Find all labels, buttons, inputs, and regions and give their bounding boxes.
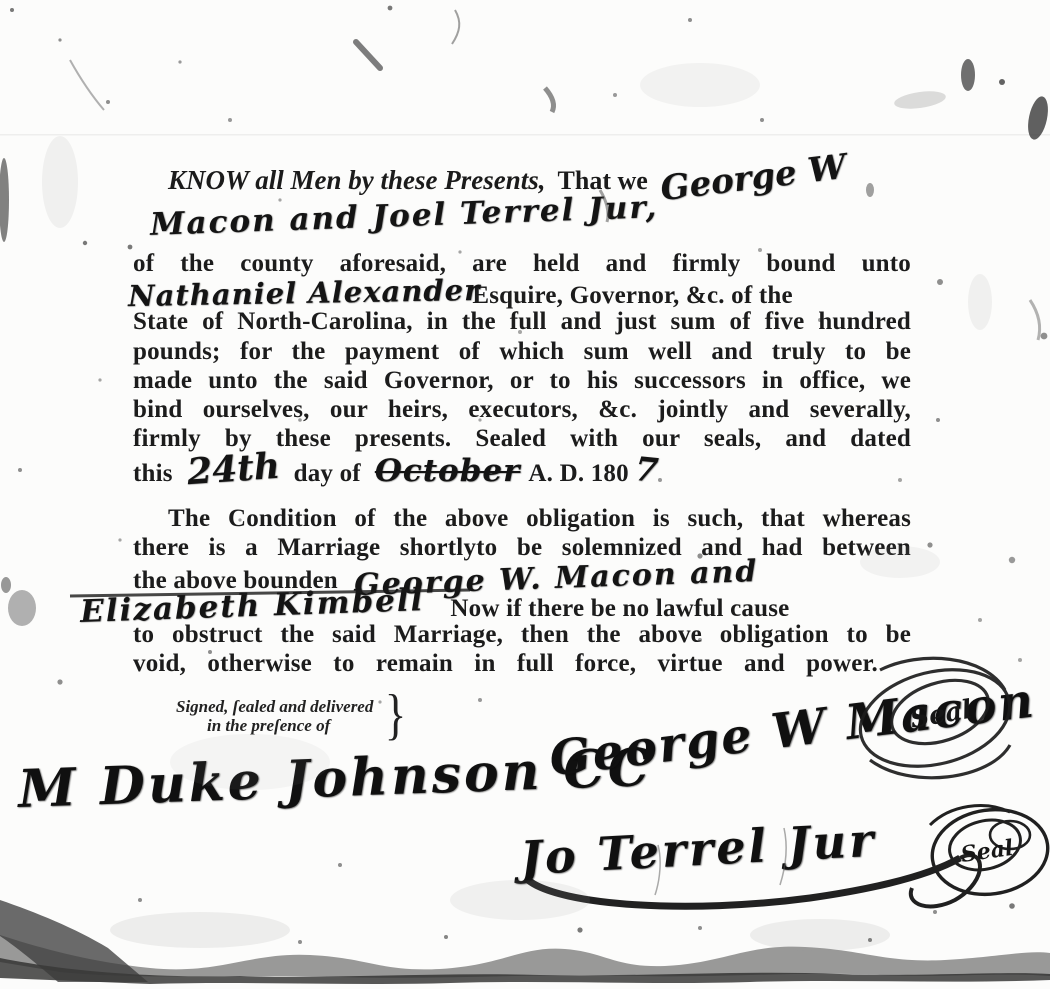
torn-edge-line — [0, 958, 1050, 984]
bond-line-3: State of North-Carolina, in the full and… — [133, 308, 911, 336]
scanned-document-page: KNOW all Men by these Presents, That we … — [0, 0, 1050, 989]
bond-line-4: pounds; for the payment of which sum wel… — [133, 338, 911, 366]
bond-line-6: bind ourselves, our heirs, executors, &c… — [133, 396, 911, 424]
bond-line-2-printed: Esquire, Governor, &c. of the — [472, 282, 792, 310]
handwritten-day: 24th — [185, 445, 281, 493]
handwritten-month: October — [375, 453, 521, 489]
bond-line-1: of the county aforesaid, are held and fi… — [133, 250, 911, 278]
attestation-line-1: Signed, ſealed and delivered — [176, 697, 373, 717]
bond-line-2: Nathaniel Alexander Esquire, Governor, &… — [128, 276, 793, 310]
signer2-signature: Jo Terrel Jur — [519, 813, 878, 886]
torn-edge-shading — [0, 935, 1050, 978]
handwritten-groom-first-name: George W — [658, 147, 848, 209]
day-of-label: day of — [294, 460, 361, 488]
seal2-word: Seal — [959, 835, 1015, 868]
condition-line-1: The Condition of the above obligation is… — [168, 505, 911, 533]
condition-line-6: void, otherwise to remain in full force,… — [133, 650, 878, 678]
ad-year-label: A. D. 180 — [528, 460, 628, 488]
bond-line-5: made unto the said Governor, or to his s… — [133, 367, 911, 395]
attestation-line-2: in the preſence of — [207, 716, 330, 736]
opening-know-phrase: KNOW all Men by these Presents, — [168, 165, 546, 196]
handwritten-year-digit: 7 — [633, 449, 660, 490]
attestation-brace: } — [385, 683, 407, 747]
signer1-signature: George W Macon — [546, 672, 1038, 787]
this-label: this — [133, 460, 173, 488]
condition-line-4-printed: Now if there be no lawful cause — [450, 595, 789, 623]
condition-line-4: Elizabeth Kimbell Now if there be no law… — [80, 588, 789, 624]
condition-line-5: to obstruct the said Marriage, then the … — [133, 621, 911, 649]
bottom-left-tear — [0, 900, 148, 982]
opening-line: KNOW all Men by these Presents, That we … — [168, 158, 846, 198]
condition-line-2: there is a Marriage shortlyto be solemni… — [133, 534, 911, 562]
dated-line: this 24th day of October A. D. 180 7 — [133, 448, 658, 490]
